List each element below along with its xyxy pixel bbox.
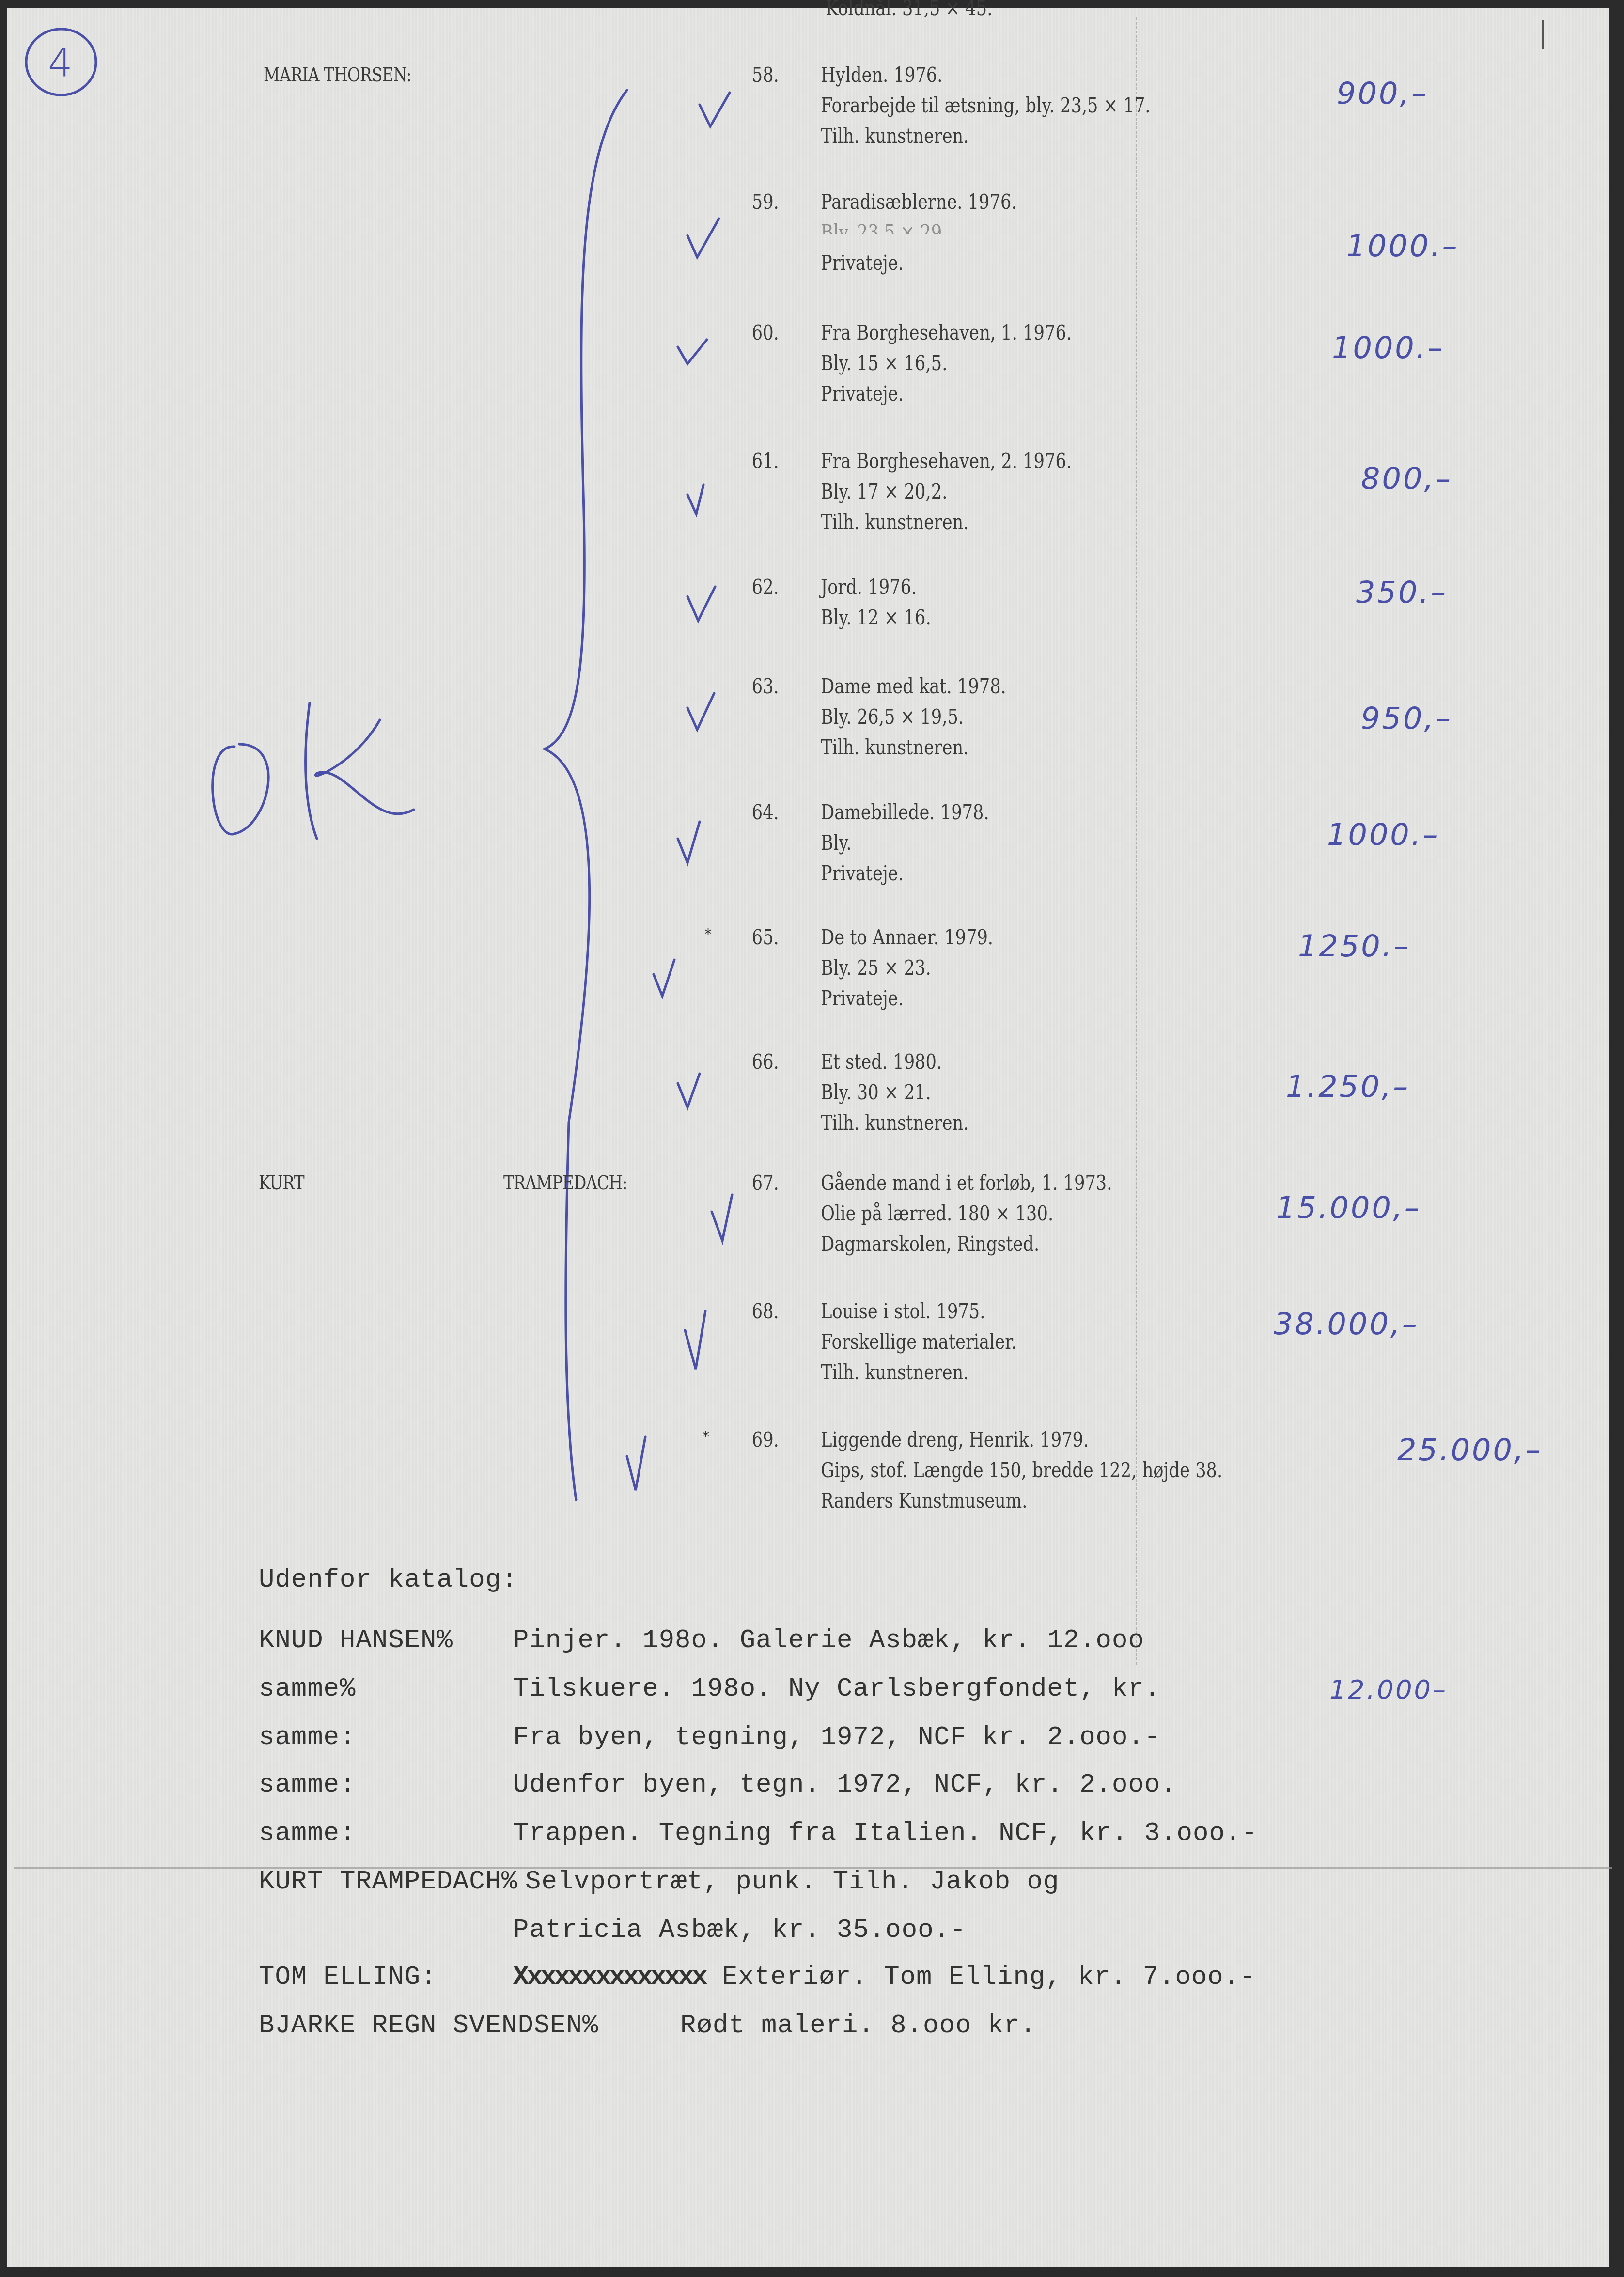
price-note: 38.000,– bbox=[1274, 1306, 1419, 1341]
entry-title: Liggende dreng, Henrik. 1979. bbox=[821, 1425, 1089, 1455]
row-text: Trappen. Tegning fra Italien. NCF, kr. 3… bbox=[513, 1819, 1258, 1848]
entry-medium: Forarbejde til ætsning, bly. 23,5 × 17. bbox=[821, 91, 1151, 121]
entry-number: 69. bbox=[743, 1425, 779, 1455]
entry-owner: Dagmarskolen, Ringsted. bbox=[821, 1229, 1039, 1260]
entry-title: Damebillede. 1978. bbox=[821, 797, 989, 828]
star-marker: * bbox=[702, 1428, 709, 1445]
row-label: samme: bbox=[259, 1723, 356, 1752]
row-text: Udenfor byen, tegn. 1972, NCF, kr. 2.ooo… bbox=[513, 1770, 1177, 1800]
entry-medium: Olie på lærred. 180 × 130. bbox=[821, 1199, 1053, 1229]
entry-title: Fra Borghesehaven, 2. 1976. bbox=[821, 446, 1072, 477]
row-label: samme% bbox=[259, 1674, 356, 1704]
row-label: KURT TRAMPEDACH% bbox=[259, 1867, 517, 1897]
entry-number: 63. bbox=[743, 671, 779, 702]
row-text: Patricia Asbæk, kr. 35.ooo.- bbox=[513, 1916, 966, 1945]
row-label: TOM ELLING: bbox=[259, 1963, 437, 1992]
entry-medium: Bly. 17 × 20,2. bbox=[821, 477, 947, 507]
row-text: Exteriør. Tom Elling, kr. 7.ooo.- bbox=[706, 1963, 1256, 1992]
entry-owner: Tilh. kunstneren. bbox=[821, 733, 968, 763]
price-note: 350.– bbox=[1356, 575, 1448, 610]
row-label: samme: bbox=[259, 1770, 356, 1800]
entry-medium: Bly. 15 × 16,5. bbox=[821, 348, 947, 379]
price-note: 950,– bbox=[1361, 701, 1452, 736]
checkmark-icons bbox=[627, 93, 732, 1490]
entry-title: Dame med kat. 1978. bbox=[821, 671, 1006, 702]
price-note: 15.000,– bbox=[1276, 1190, 1421, 1225]
entry-title: Et sted. 1980. bbox=[821, 1047, 942, 1077]
entry-number: 68. bbox=[743, 1296, 779, 1327]
section-heading: Udenfor katalog: bbox=[259, 1565, 517, 1595]
entry-title: Fra Borghesehaven, 1. 1976. bbox=[821, 318, 1072, 348]
entry-number: 59. bbox=[743, 187, 779, 218]
row-label: KNUD HANSEN% bbox=[259, 1626, 453, 1655]
entry-title: Louise i stol. 1975. bbox=[821, 1296, 985, 1327]
artist-name: MARIA THORSEN: bbox=[264, 60, 411, 91]
page-number: 4 bbox=[48, 41, 75, 86]
entry-medium: Bly. bbox=[821, 828, 852, 858]
entry-title: Gående mand i et forløb, 1. 1973. bbox=[821, 1168, 1112, 1199]
document-page: Koldnål. 31,5 × 45. bbox=[7, 8, 1609, 2267]
price-note: 1000.– bbox=[1332, 330, 1445, 365]
entry-owner: Privateje. bbox=[821, 379, 904, 409]
row-text: Fra byen, tegning, 1972, NCF kr. 2.ooo.- bbox=[513, 1723, 1160, 1752]
artist-name-first: KURT bbox=[259, 1168, 304, 1199]
entry-medium: Bly. 12 × 16. bbox=[821, 603, 931, 633]
curly-brace-icon bbox=[545, 90, 627, 1500]
entry-medium: Gips, stof. Længde 150, bredde 122, højd… bbox=[821, 1455, 1222, 1486]
row-label: BJARKE REGN SVENDSEN% bbox=[259, 2011, 599, 2041]
entry-medium: Bly. 25 × 23. bbox=[821, 953, 931, 983]
entry-number: 66. bbox=[743, 1047, 779, 1077]
price-note: 1.250,– bbox=[1286, 1069, 1410, 1104]
price-note: 12.000– bbox=[1329, 1674, 1448, 1705]
entry-medium: Bly. 26,5 × 19,5. bbox=[821, 702, 964, 733]
entry-title: Paradisæblerne. 1976. bbox=[821, 187, 1017, 218]
entry-owner: Tilh. kunstneren. bbox=[821, 1357, 968, 1388]
row-text: Rødt maleri. 8.ooo kr. bbox=[680, 2011, 1036, 2041]
entry-title: Jord. 1976. bbox=[821, 572, 917, 603]
entry-owner: Privateje. bbox=[821, 858, 904, 889]
row-text: Pinjer. 198o. Galerie Asbæk, kr. 12.ooo bbox=[513, 1626, 1144, 1655]
entry-number: 58. bbox=[743, 60, 779, 91]
artist-name-last: TRAMPEDACH: bbox=[503, 1168, 627, 1199]
entry-owner: Tilh. kunstneren. bbox=[821, 1108, 968, 1138]
price-note: 800,– bbox=[1361, 461, 1452, 496]
row-text: Tilskuere. 198o. Ny Carlsbergfondet, kr. bbox=[513, 1674, 1160, 1704]
price-note: 25.000,– bbox=[1397, 1432, 1543, 1467]
entry-owner: Tilh. kunstneren. bbox=[821, 121, 968, 152]
row-text-line: Xxxxxxxxxxxxxx Exteriør. Tom Elling, kr.… bbox=[513, 1963, 1256, 1992]
price-note: 1000.– bbox=[1346, 228, 1459, 264]
entry-title: De to Annaer. 1979. bbox=[821, 922, 993, 953]
entry-number: 62. bbox=[743, 572, 779, 603]
row-label: samme: bbox=[259, 1819, 356, 1848]
entry-number: 67. bbox=[743, 1168, 779, 1199]
struck-text: Xxxxxxxxxxxxxx bbox=[513, 1963, 706, 1992]
row-text: Selvportræt, punk. Tilh. Jakob og bbox=[525, 1867, 1059, 1897]
entry-number: 64. bbox=[743, 797, 779, 828]
star-marker: * bbox=[704, 926, 712, 943]
entry-number: 61. bbox=[743, 446, 779, 477]
entry-number: 65. bbox=[743, 922, 779, 953]
entry-medium: Bly. 30 × 21. bbox=[821, 1077, 931, 1108]
entry-number: 60. bbox=[743, 318, 779, 348]
entry-title: Hylden. 1976. bbox=[821, 60, 942, 91]
ok-mark-icon bbox=[213, 703, 414, 839]
price-note: 1000.– bbox=[1327, 817, 1440, 852]
entry-owner: Privateje. bbox=[821, 983, 904, 1014]
price-note: 1250.– bbox=[1298, 928, 1411, 964]
entry-owner: Tilh. kunstneren. bbox=[821, 507, 968, 538]
entry-owner: Privateje. bbox=[821, 248, 904, 279]
entry-owner: Randers Kunstmuseum. bbox=[821, 1486, 1027, 1516]
entry-medium: Forskellige materialer. bbox=[821, 1327, 1016, 1357]
price-note: 900,– bbox=[1337, 76, 1428, 111]
